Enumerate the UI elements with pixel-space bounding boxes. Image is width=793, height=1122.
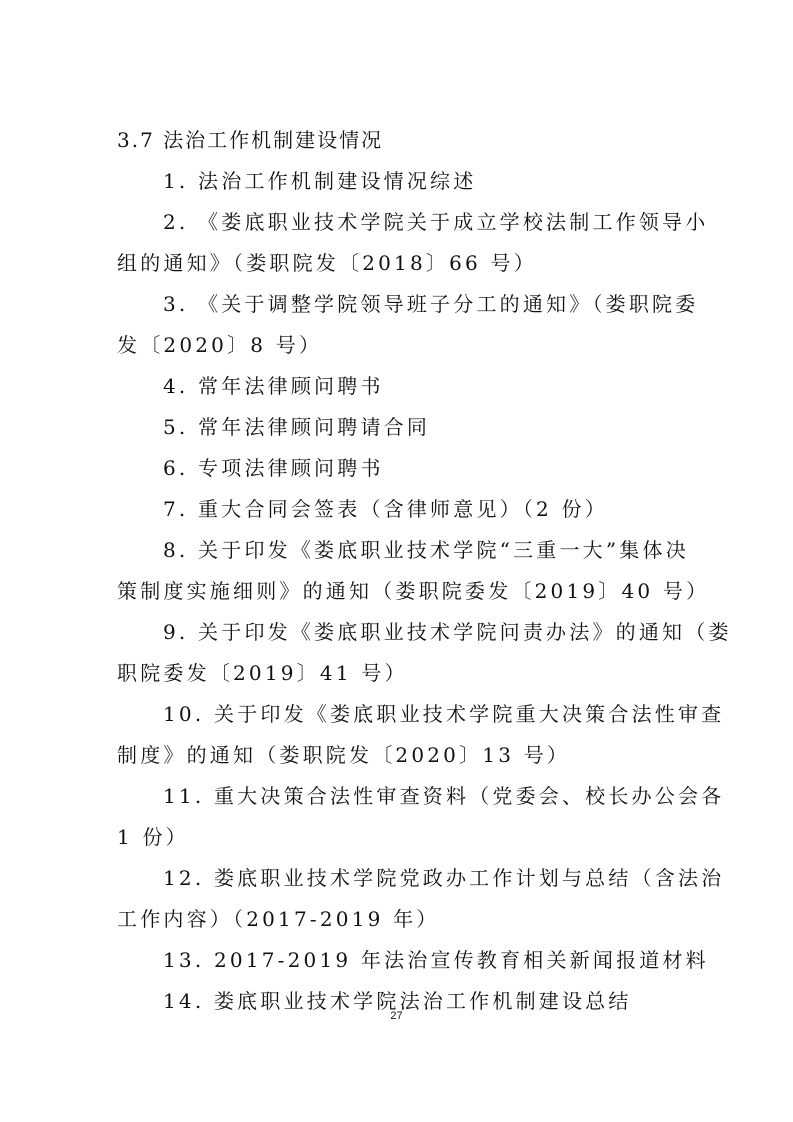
- list-item: 6. 专项法律顾问聘书: [117, 448, 679, 489]
- list-item: 1. 法治工作机制建设情况综述: [117, 161, 679, 202]
- list-item: 2. 《娄底职业技术学院关于成立学校法制工作领导小 组的通知》（娄职院发〔201…: [117, 202, 679, 284]
- item-line-continuation: 制度》的通知（娄职院发〔2020〕13 号）: [117, 735, 679, 776]
- item-line: 7. 重大合同会签表（含律师意见）（2 份）: [117, 489, 679, 530]
- list-item: 13. 2017-2019 年法治宣传教育相关新闻报道材料: [117, 940, 679, 981]
- item-line: 9. 关于印发《娄底职业技术学院问责办法》的通知（娄: [117, 612, 679, 653]
- document-page: 3.7 法治工作机制建设情况 1. 法治工作机制建设情况综述 2. 《娄底职业技…: [0, 0, 793, 1122]
- item-line: 10. 关于印发《娄底职业技术学院重大决策合法性审查: [117, 694, 679, 735]
- list-item: 10. 关于印发《娄底职业技术学院重大决策合法性审查 制度》的通知（娄职院发〔2…: [117, 694, 679, 776]
- item-line: 11. 重大决策合法性审查资料（党委会、校长办公会各: [117, 776, 679, 817]
- list-item: 4. 常年法律顾问聘书: [117, 366, 679, 407]
- document-content: 3.7 法治工作机制建设情况 1. 法治工作机制建设情况综述 2. 《娄底职业技…: [117, 120, 679, 1022]
- list-item: 9. 关于印发《娄底职业技术学院问责办法》的通知（娄 职院委发〔2019〕41 …: [117, 612, 679, 694]
- section-heading: 3.7 法治工作机制建设情况: [117, 120, 679, 161]
- item-line: 8. 关于印发《娄底职业技术学院“三重一大”集体决: [117, 530, 679, 571]
- item-line-continuation: 职院委发〔2019〕41 号）: [117, 653, 679, 694]
- item-line-continuation: 发〔2020〕8 号）: [117, 325, 679, 366]
- item-line: 12. 娄底职业技术学院党政办工作计划与总结（含法治: [117, 858, 679, 899]
- item-line-continuation: 1 份）: [117, 817, 679, 858]
- list-item: 5. 常年法律顾问聘请合同: [117, 407, 679, 448]
- list-item: 11. 重大决策合法性审查资料（党委会、校长办公会各 1 份）: [117, 776, 679, 858]
- item-line: 3. 《关于调整学院领导班子分工的通知》（娄职院委: [117, 284, 679, 325]
- item-line: 5. 常年法律顾问聘请合同: [117, 407, 679, 448]
- item-line: 13. 2017-2019 年法治宣传教育相关新闻报道材料: [117, 940, 679, 981]
- item-line: 1. 法治工作机制建设情况综述: [117, 161, 679, 202]
- list-item: 8. 关于印发《娄底职业技术学院“三重一大”集体决 策制度实施细则》的通知（娄职…: [117, 530, 679, 612]
- item-line-continuation: 组的通知》（娄职院发〔2018〕66 号）: [117, 243, 679, 284]
- list-item: 7. 重大合同会签表（含律师意见）（2 份）: [117, 489, 679, 530]
- item-line: 4. 常年法律顾问聘书: [117, 366, 679, 407]
- item-line-continuation: 工作内容）（2017-2019 年）: [117, 899, 679, 940]
- item-line: 2. 《娄底职业技术学院关于成立学校法制工作领导小: [117, 202, 679, 243]
- list-item: 3. 《关于调整学院领导班子分工的通知》（娄职院委 发〔2020〕8 号）: [117, 284, 679, 366]
- item-line: 6. 专项法律顾问聘书: [117, 448, 679, 489]
- list-item: 12. 娄底职业技术学院党政办工作计划与总结（含法治 工作内容）（2017-20…: [117, 858, 679, 940]
- item-line-continuation: 策制度实施细则》的通知（娄职院委发〔2019〕40 号）: [117, 571, 679, 612]
- page-number: 27: [0, 1010, 793, 1022]
